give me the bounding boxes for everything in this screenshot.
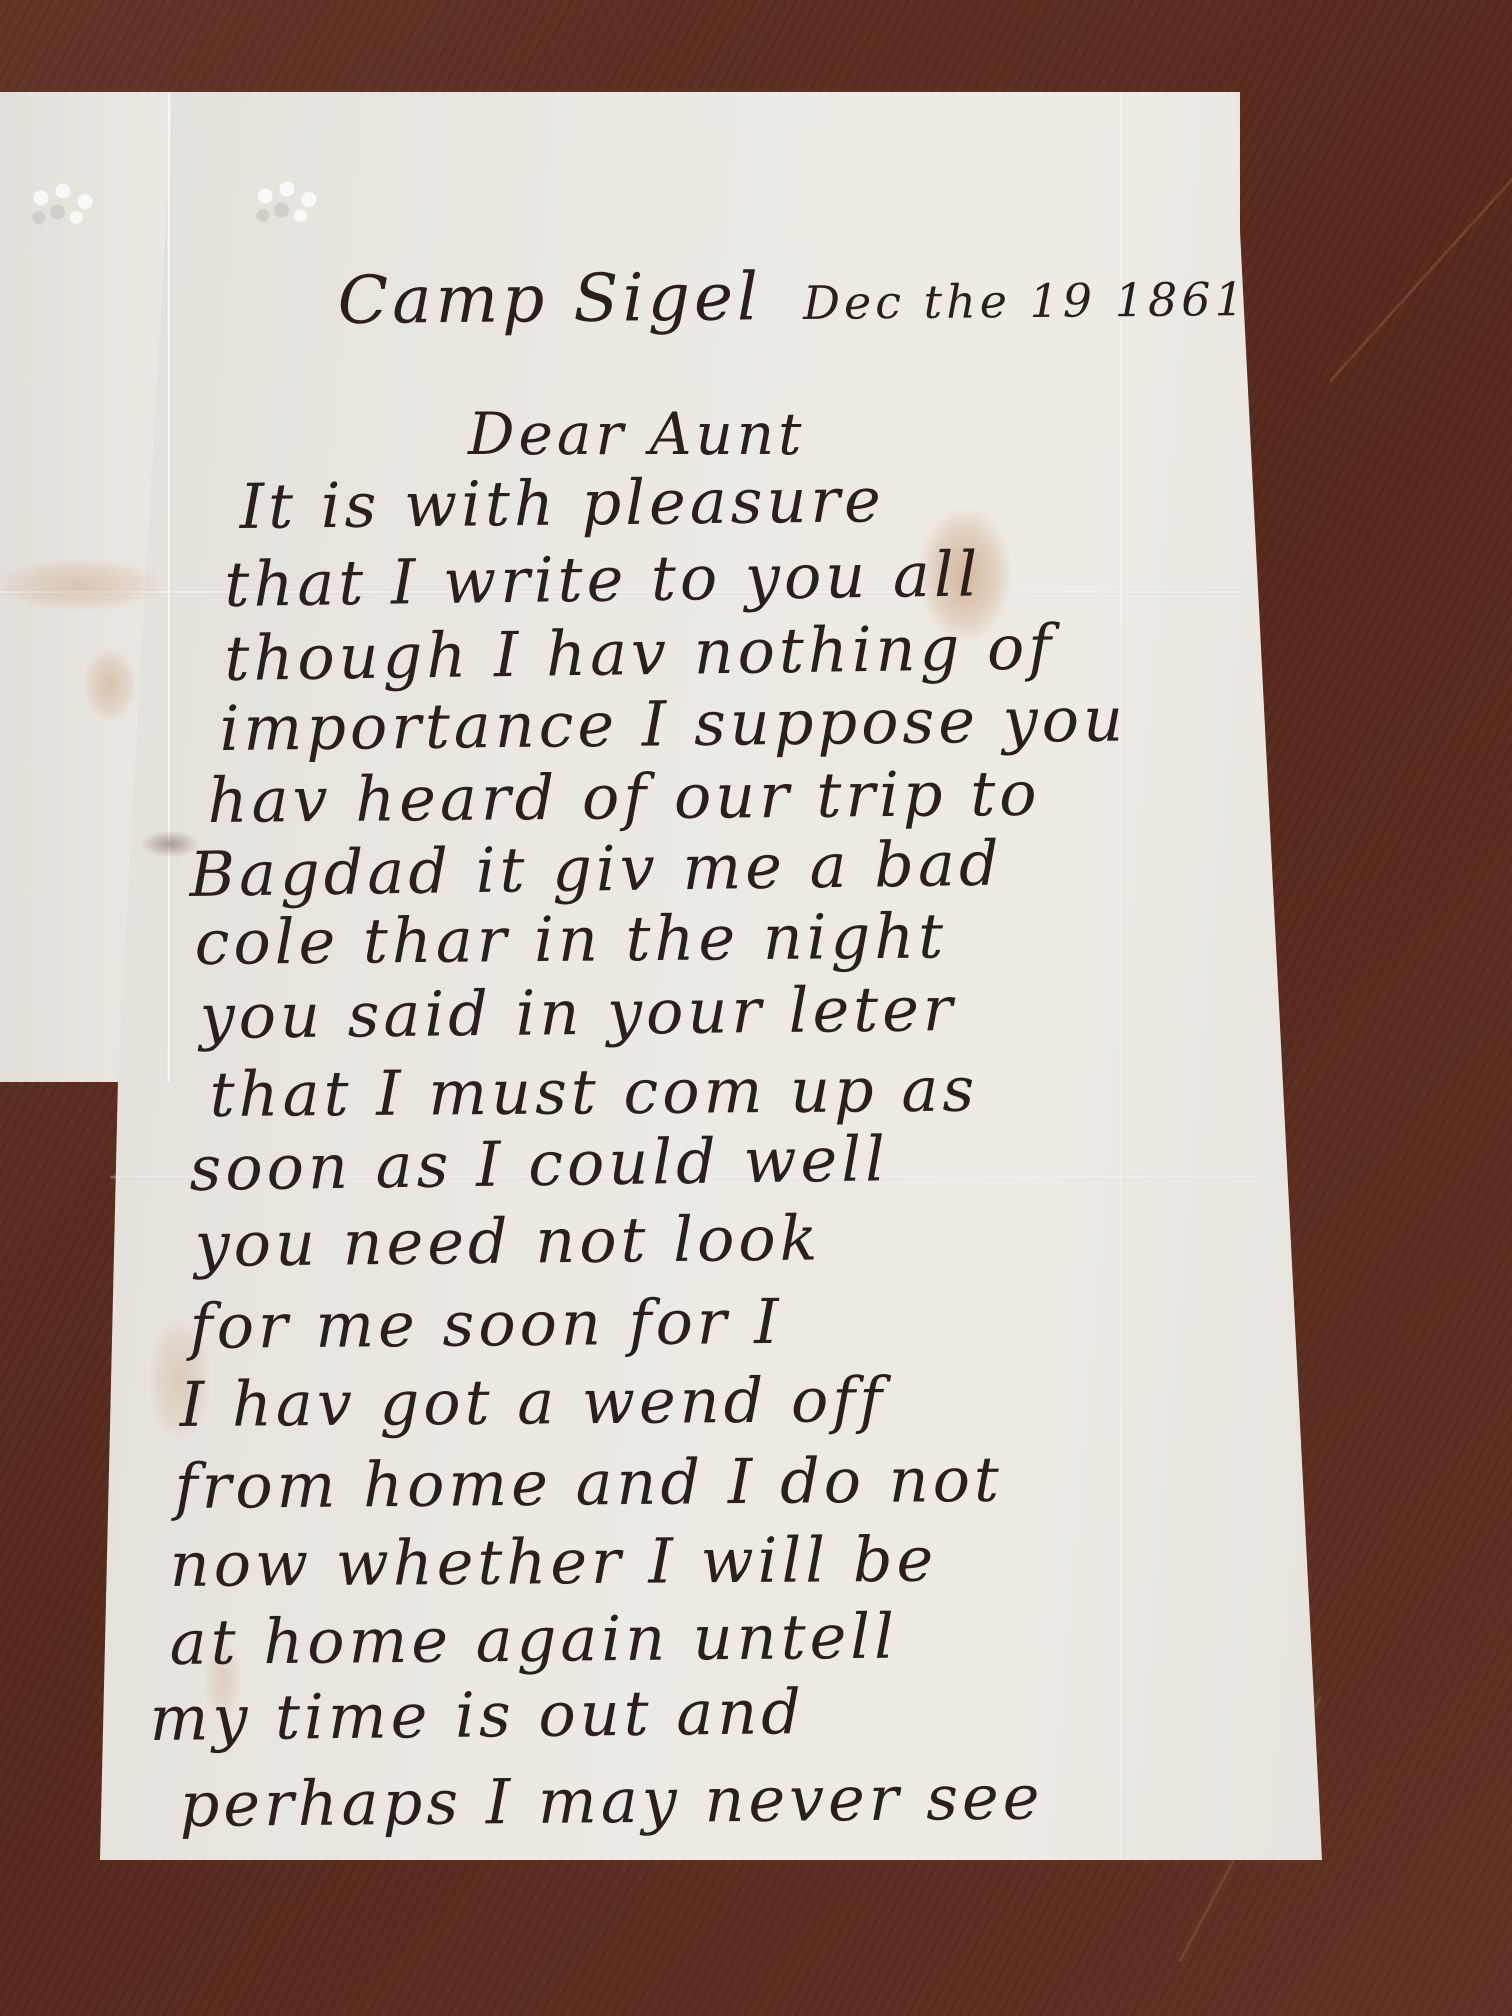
body-line: that I write to you all bbox=[224, 537, 982, 621]
body-line: now whether I will be bbox=[169, 1523, 937, 1601]
body-line: cole thar in the night bbox=[194, 899, 947, 979]
body-line: perhaps I may never see bbox=[179, 1760, 1043, 1841]
body-line: It is with pleasure bbox=[239, 463, 885, 543]
body-line: you said in your leter bbox=[199, 972, 957, 1053]
heading-place: Camp Sigel bbox=[337, 258, 762, 339]
body-line: at home again untell bbox=[169, 1600, 898, 1679]
table-scratch bbox=[1329, 68, 1512, 382]
body-line: you need not look bbox=[194, 1201, 821, 1281]
body-line: from home and I do not bbox=[174, 1443, 1003, 1523]
floral-emboss-right bbox=[232, 168, 342, 238]
body-line: soon as I could well bbox=[189, 1122, 889, 1205]
body-line: hav heard of our trip to bbox=[207, 757, 1040, 837]
body-line: though I hav nothing of bbox=[224, 610, 1056, 695]
body-line: I hav got a wend off bbox=[179, 1363, 886, 1441]
body-line: Bagdad it giv me a bad bbox=[189, 827, 1003, 911]
paper-fold-vertical bbox=[166, 92, 172, 1082]
letter-heading: Camp Sigel Dec the 19 1861 bbox=[337, 254, 1248, 339]
paper-fold-vertical bbox=[1118, 92, 1124, 1860]
body-line: my time is out and bbox=[149, 1675, 805, 1755]
floral-emboss-left bbox=[8, 170, 118, 240]
stain-left-fold bbox=[85, 650, 135, 720]
letter-salutation: Dear Aunt bbox=[468, 400, 805, 468]
stain-left-fold bbox=[0, 560, 160, 610]
body-line: that I must com up as bbox=[209, 1053, 978, 1131]
body-line: for me soon for I bbox=[189, 1285, 783, 1363]
body-line: importance I suppose you bbox=[219, 683, 1127, 765]
heading-date: Dec the 19 1861 bbox=[803, 272, 1248, 330]
